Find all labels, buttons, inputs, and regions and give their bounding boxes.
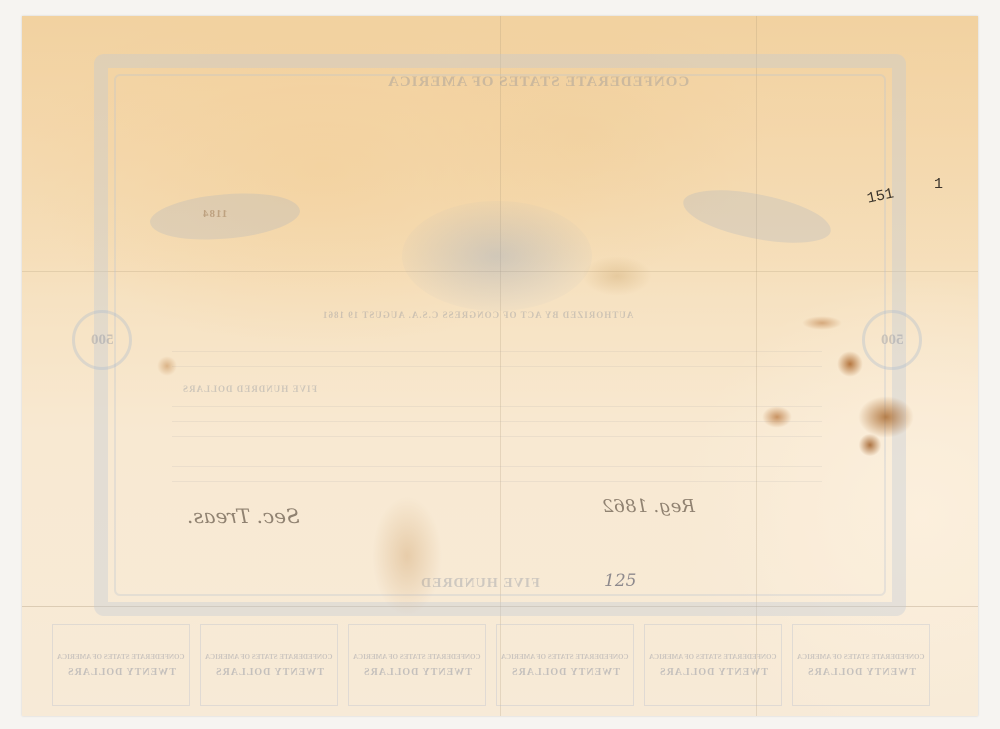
coupon: CONFEDERATE STATES OF AMERICA TWENTY DOL… bbox=[200, 624, 338, 706]
coupon-amount: TWENTY DOLLARS bbox=[67, 667, 176, 678]
coupon-title: CONFEDERATE STATES OF AMERICA bbox=[57, 653, 185, 661]
water-stain bbox=[372, 496, 442, 616]
foxing-stain bbox=[802, 316, 842, 330]
ghost-header-text: CONFEDERATE STATES OF AMERICA bbox=[387, 74, 689, 91]
coupon: CONFEDERATE STATES OF AMERICA TWENTY DOL… bbox=[792, 624, 930, 706]
signature-ghost-left: Sec. Treas. bbox=[187, 504, 300, 528]
ghost-text-line bbox=[172, 366, 822, 367]
coupon: CONFEDERATE STATES OF AMERICA TWENTY DOL… bbox=[644, 624, 782, 706]
coupon-title: CONFEDERATE STATES OF AMERICA bbox=[797, 653, 925, 661]
foxing-stain bbox=[762, 406, 792, 428]
ghost-text-line bbox=[172, 406, 822, 407]
coupon-title: CONFEDERATE STATES OF AMERICA bbox=[649, 653, 777, 661]
ghost-text-line bbox=[172, 351, 822, 352]
banner-number: 1184 bbox=[202, 208, 227, 220]
coupon-amount: TWENTY DOLLARS bbox=[807, 667, 916, 678]
coupon-amount: TWENTY DOLLARS bbox=[363, 667, 472, 678]
coupon: CONFEDERATE STATES OF AMERICA TWENTY DOL… bbox=[348, 624, 486, 706]
foxing-stain bbox=[858, 396, 914, 438]
ghost-text-line bbox=[172, 421, 822, 422]
left-value-medallion: 500 bbox=[72, 310, 132, 370]
foxing-stain bbox=[837, 351, 863, 377]
coupon-title: CONFEDERATE STATES OF AMERICA bbox=[353, 653, 481, 661]
coupon: CONFEDERATE STATES OF AMERICA TWENTY DOL… bbox=[496, 624, 634, 706]
ghost-text-line bbox=[172, 436, 822, 437]
pencil-note: 125 bbox=[604, 571, 636, 591]
medallion-value: 500 bbox=[881, 332, 904, 349]
ghost-text-line bbox=[172, 481, 822, 482]
foxing-stain bbox=[858, 434, 882, 456]
right-value-medallion: 500 bbox=[862, 310, 922, 370]
foxing-stain bbox=[157, 356, 177, 376]
coupon-title: CONFEDERATE STATES OF AMERICA bbox=[205, 653, 333, 661]
coupon-amount: TWENTY DOLLARS bbox=[215, 667, 324, 678]
coupon-amount: TWENTY DOLLARS bbox=[659, 667, 768, 678]
ghost-authorized-line: AUTHORIZED BY ACT OF CONGRESS C.S.A. AUG… bbox=[322, 310, 633, 320]
coupon-strip: CONFEDERATE STATES OF AMERICA TWENTY DOL… bbox=[22, 606, 978, 716]
coupon: CONFEDERATE STATES OF AMERICA TWENTY DOL… bbox=[52, 624, 190, 706]
medallion-value: 500 bbox=[91, 332, 114, 349]
coupon-title: CONFEDERATE STATES OF AMERICA bbox=[501, 653, 629, 661]
water-stain bbox=[582, 256, 652, 296]
ghost-amount-words: FIVE HUNDRED DOLLARS bbox=[182, 384, 317, 394]
coupon-amount: TWENTY DOLLARS bbox=[511, 667, 620, 678]
central-vignette bbox=[402, 201, 592, 311]
ghost-text-line bbox=[172, 466, 822, 467]
signature-ghost-right: Reg. 1862 bbox=[602, 496, 695, 517]
corner-mark: 1 bbox=[934, 176, 943, 193]
